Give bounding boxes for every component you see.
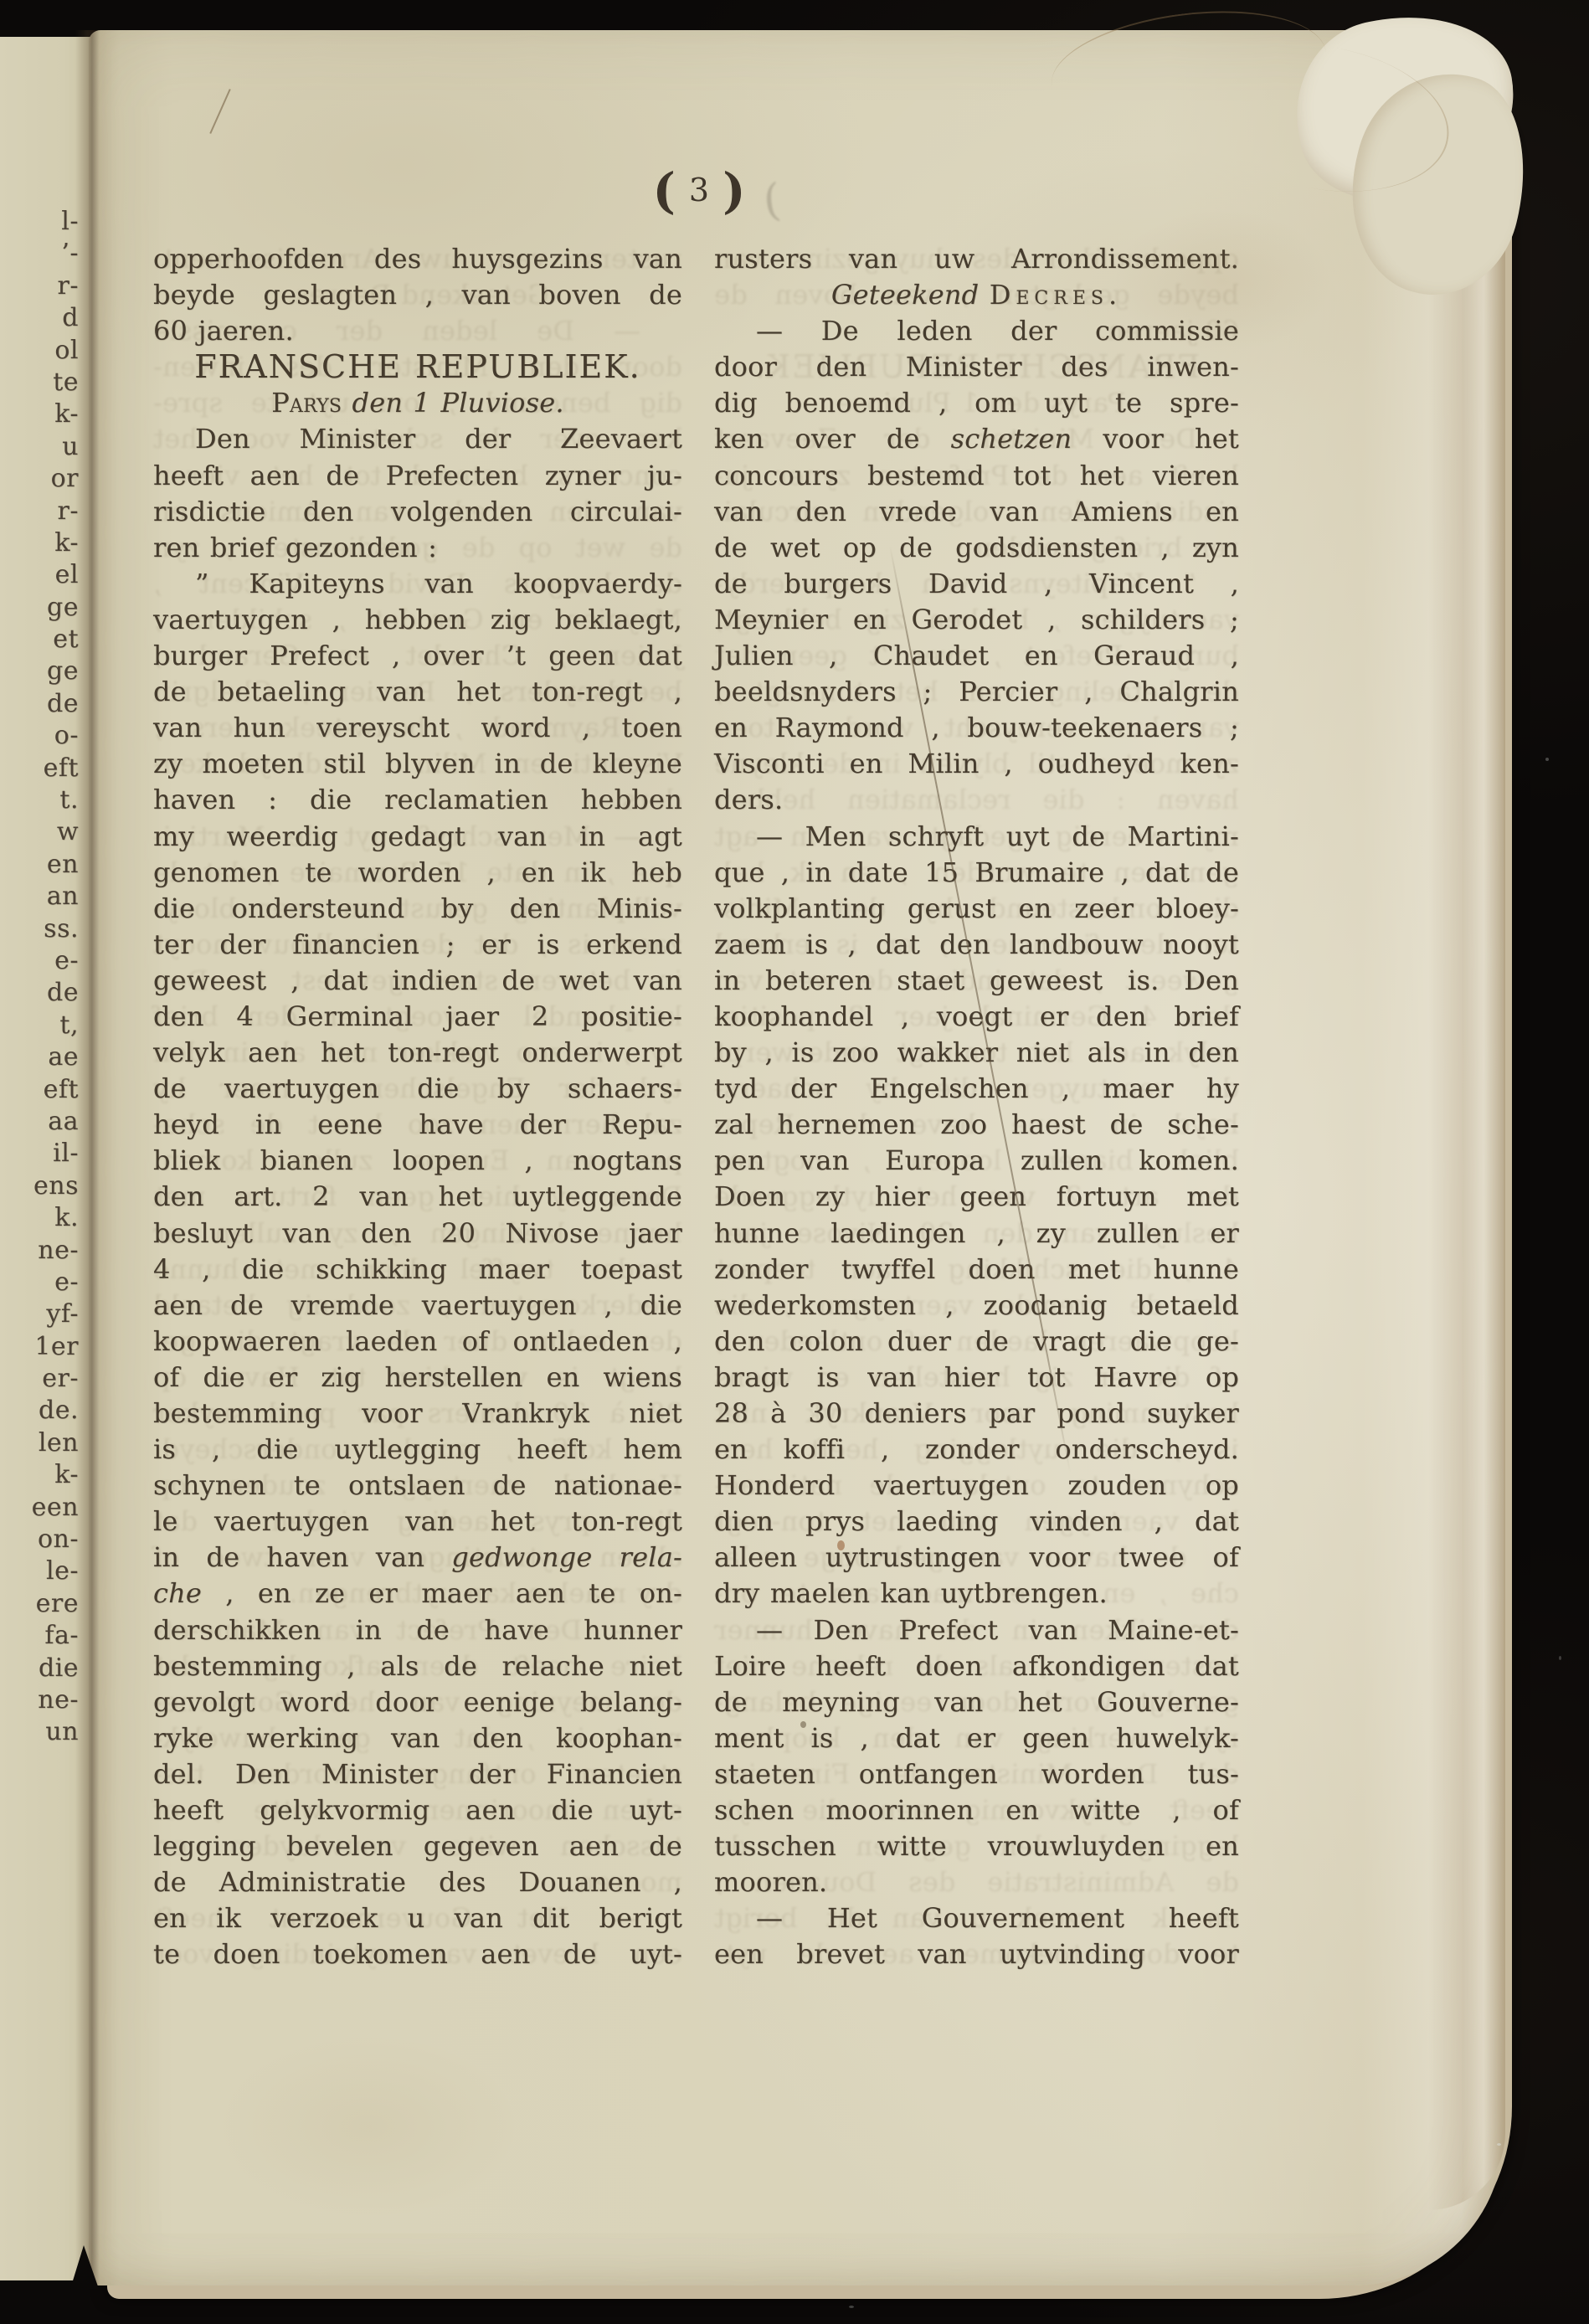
page-number-paren: ) (723, 162, 745, 219)
gutter-fragment: r- (2, 496, 79, 527)
text-line: in de haven van gedwonge rela- (153, 1540, 682, 1576)
gutter-fragment: t. (2, 784, 79, 816)
text-line: que , in date 15 Brumaire , dat de (714, 855, 1239, 891)
text-line: le vaertuygen van het ton-regt (153, 1504, 682, 1540)
text-line: — De leden der commissie (714, 313, 1239, 349)
text-run: volkplanting gerust en zeer bloey- (714, 892, 1239, 924)
gutter-fragment: e- (2, 945, 79, 977)
text-line: Meynier en Gerodet , schilders ; (714, 602, 1239, 638)
gutter-fragment: ae (2, 1041, 79, 1073)
text-line: opperhoofden des huysgezins van (153, 241, 682, 277)
text-run: haven : die reclamatien hebben (153, 784, 682, 815)
text-run: ken over de (714, 423, 951, 455)
text-run: che (153, 1577, 202, 1609)
text-run (342, 387, 352, 419)
text-run: voor het (1072, 423, 1239, 455)
gutter-fragment: t, (2, 1010, 79, 1041)
text-line: zy moeten stil blyven in de kleyne (153, 746, 682, 782)
text-line: ken over de schetzen voor het (714, 421, 1239, 457)
text-line: mooren. (714, 1864, 1239, 1900)
text-line: bliek bianen loopen , nogtans (153, 1143, 682, 1179)
text-run: le vaertuygen van het ton-regt (153, 1505, 682, 1537)
text-line: de burgers David , Vincent , (714, 566, 1239, 602)
text-run: den art. 2 van het uytleggende (153, 1180, 682, 1212)
text-run: dien prys laeding vinden , dat (714, 1505, 1239, 1537)
text-run: en ik verzoek u van dit berigt (153, 1902, 682, 1934)
text-run: zaem is , dat den landbouw nooyt (714, 928, 1239, 960)
gutter-fragment: k. (2, 1202, 79, 1234)
text-run: by , is zoo wakker niet als in den (714, 1036, 1239, 1068)
text-run: ryke werking van den koophan- (153, 1722, 682, 1754)
text-line: die ondersteund by den Minis- (153, 891, 682, 927)
gutter-fragment: fa- (2, 1620, 79, 1652)
text-run: en koffi , zonder onderscheyd. (714, 1433, 1239, 1465)
text-line: heyd in eene have der Repu- (153, 1107, 682, 1143)
text-line: dig benoemd , om uyt te spre- (714, 385, 1239, 421)
text-run: 4 , die schikking maer toepast (153, 1253, 682, 1285)
text-line: geweest , dat indien de wet van (153, 963, 682, 999)
text-run: de betaeling van het ton-regt , (153, 676, 682, 707)
text-run: Decres. (990, 279, 1122, 311)
text-run: koopwaeren laeden of ontlaeden , (153, 1325, 682, 1357)
text-run: is , die uytlegging heeft hem (153, 1433, 682, 1465)
gutter-fragment: een (2, 1492, 79, 1524)
gutter-fragment: u (2, 431, 79, 463)
text-line: haven : die reclamatien hebben (153, 782, 682, 818)
text-line: che , en ze er maer aen te on- (153, 1576, 682, 1612)
gutter-fragment: ol (2, 335, 79, 367)
signature-line: Geteekend Decres. (714, 277, 1239, 313)
text-line: zal hernemen zoo haest de sche- (714, 1107, 1239, 1143)
text-run: zal hernemen zoo haest de sche- (714, 1108, 1239, 1140)
text-line: schen moorinnen en witte , of (714, 1792, 1239, 1828)
text-run: en Raymond , bouw-teekenaers ; (714, 712, 1239, 743)
text-run: beeldsnyders ; Percier , Chalgrin (714, 676, 1239, 707)
text-run: legging bevelen gegeven aen de (153, 1830, 682, 1862)
text-line: beeldsnyders ; Percier , Chalgrin (714, 674, 1239, 710)
text-run: concours bestemd tot het vieren (714, 460, 1239, 491)
text-run: tyd der Engelschen , maer hy (714, 1072, 1239, 1104)
text-run: wederkomsten , zoodanig betaeld (714, 1289, 1239, 1321)
gutter-fragment: le- (2, 1555, 79, 1587)
column-left: opperhoofden des huysgezins vanbeyde ges… (153, 241, 682, 1973)
gutter-fragment: len (2, 1427, 79, 1459)
gutter-fragment: k- (2, 1459, 79, 1491)
text-line: ren brief gezonden : (153, 530, 682, 566)
text-run: zy moeten stil blyven in de kleyne (153, 748, 682, 779)
section-heading: FRANSCHE REPUBLIEK. (153, 349, 682, 385)
text-run: velyk aen het ton-regt onderwerpt (153, 1036, 682, 1068)
text-line: de meyning van het Gouverne- (714, 1684, 1239, 1720)
gutter-fragment: yf- (2, 1298, 79, 1330)
text-line: bestemming , als de relache niet (153, 1648, 682, 1684)
text-run: heeft aen de Prefecten zyner ju- (153, 460, 682, 491)
gutter-fragment: d (2, 302, 79, 334)
text-line: ment is , dat er geen huwelyk- (714, 1720, 1239, 1756)
text-line: dien prys laeding vinden , dat (714, 1504, 1239, 1540)
text-line: en Raymond , bouw-teekenaers ; (714, 710, 1239, 746)
text-line: rusters van uw Arrondissement. (714, 241, 1239, 277)
text-run: staeten ontfangen worden tus- (714, 1758, 1239, 1790)
text-line: del. Den Minister der Financien (153, 1756, 682, 1792)
text-line: de betaeling van het ton-regt , (153, 674, 682, 710)
text-run: een brevet van uytvinding voor (714, 1938, 1239, 1970)
text-line: zaem is , dat den landbouw nooyt (714, 927, 1239, 963)
gutter-fragment: ens (2, 1170, 79, 1202)
text-line: by , is zoo wakker niet als in den (714, 1035, 1239, 1071)
text-run: genomen te worden , en ik heb (153, 856, 682, 888)
text-line: ryke werking van den koophan- (153, 1720, 682, 1756)
text-line: — Men schryft uyt de Martini- (714, 819, 1239, 855)
gutter-fragment: k- (2, 527, 79, 559)
text-line: genomen te worden , en ik heb (153, 855, 682, 891)
gutter-fragment: eft (2, 753, 79, 784)
gutter-fragment: te (2, 367, 79, 398)
text-run: Loire heeft doen afkondigen dat (714, 1650, 1239, 1682)
text-line: zonder twyffel doen met hunne (714, 1252, 1239, 1288)
text-line: de wet op de godsdiensten , zyn (714, 530, 1239, 566)
text-run: — Het Gouvernement heeft (756, 1902, 1239, 1934)
text-line: alleen uytrustingen voor twee of (714, 1540, 1239, 1576)
gutter-fragment: ’- (2, 238, 79, 270)
text-line: aen de vremde vaertuygen , die (153, 1288, 682, 1324)
text-line: door den Minister des inwen- (714, 349, 1239, 385)
text-run: vaertuygen , hebben zig beklaegt, (153, 604, 682, 635)
text-run: aen de vremde vaertuygen , die (153, 1289, 682, 1321)
deckled-right-edge (1428, 100, 1505, 2210)
gutter-notch (70, 2245, 99, 2289)
text-run: Parys (271, 387, 342, 419)
text-run: bestemming voor Vrankryk niet (153, 1397, 682, 1429)
text-line: de vaertuygen die by schaers- (153, 1071, 682, 1107)
text-run: Meynier en Gerodet , schilders ; (714, 604, 1239, 635)
text-run: pen van Europa zullen komen. (714, 1144, 1239, 1176)
text-run: Geteekend (831, 279, 990, 311)
text-line: schynen te ontslaen de nationae- (153, 1468, 682, 1504)
text-line: burger Prefect , over ’t geen dat (153, 638, 682, 674)
text-line: van den vrede van Amiens en (714, 494, 1239, 530)
text-run: zonder twyffel doen met hunne (714, 1253, 1239, 1285)
text-line: wederkomsten , zoodanig betaeld (714, 1288, 1239, 1324)
text-line: staeten ontfangen worden tus- (714, 1756, 1239, 1792)
text-run: van hun vereyscht word , toen (153, 712, 682, 743)
text-run: de meyning van het Gouverne- (714, 1686, 1239, 1718)
gutter-fragment: de. (2, 1395, 79, 1427)
text-run: heeft gelykvormig aen die uyt- (153, 1794, 682, 1826)
gutter-fragment: r- (2, 270, 79, 302)
text-run: rusters van uw Arrondissement. (714, 243, 1239, 275)
text-run: hunne laedingen , zy zullen er (714, 1217, 1239, 1249)
text-run: ” Kapiteyns van koopvaerdy- (195, 568, 682, 599)
text-run: ter der financien ; er is erkend (153, 928, 682, 960)
page-number-digit: 3 (676, 172, 723, 208)
text-line: gevolgt word door eenige belang- (153, 1684, 682, 1720)
text-run: heyd in eene have der Repu- (153, 1108, 682, 1140)
text-line: tyd der Engelschen , maer hy (714, 1071, 1239, 1107)
dust-speck (1559, 1656, 1561, 1660)
gutter-fragment: k- (2, 398, 79, 430)
text-line: derschikken in de have hunner (153, 1612, 682, 1648)
gutter-text-fragments: l-’-r-doltek-uorr-k-elgeetgedeo-eftt.wen… (2, 206, 79, 1749)
text-run: que , in date 15 Brumaire , dat de (714, 856, 1239, 888)
text-line: ders. (714, 782, 1239, 818)
gutter-fragment: aa (2, 1106, 79, 1138)
scan-background: l-’-r-doltek-uorr-k-elgeetgedeo-eftt.wen… (0, 0, 1589, 2324)
text-run: tusschen witte vrouwluyden en (714, 1830, 1239, 1862)
text-line: te doen toekomen aen de uyt- (153, 1936, 682, 1972)
gutter-fragment: an (2, 881, 79, 913)
text-line: besluyt van den 20 Nivose jaer (153, 1216, 682, 1252)
gutter-fragment: o- (2, 720, 79, 752)
text-line: 28 à 30 deniers par pond suyker (714, 1396, 1239, 1432)
text-line: 60 jaeren. (153, 313, 682, 349)
text-line: een brevet van uytvinding voor (714, 1936, 1239, 1972)
gutter-fragment: il- (2, 1138, 79, 1170)
text-run: van den vrede van Amiens en (714, 496, 1239, 527)
gutter-fragment: de (2, 977, 79, 1009)
text-run: 28 à 30 deniers par pond suyker (714, 1397, 1239, 1429)
text-run: gedwonge rela- (451, 1541, 682, 1573)
text-line: bragt is van hier tot Havre op (714, 1360, 1239, 1396)
text-run: Honderd vaertuygen zouden op (714, 1469, 1239, 1501)
dust-speck (1497, 2143, 1501, 2146)
text-run: Visconti en Milin , oudheyd ken- (714, 748, 1239, 779)
text-run: schynen te ontslaen de nationae- (153, 1469, 682, 1501)
text-line: hunne laedingen , zy zullen er (714, 1216, 1239, 1252)
text-run: de burgers David , Vincent , (714, 568, 1239, 599)
gutter-fragment: on- (2, 1524, 79, 1555)
text-run: geweest , dat indien de wet van (153, 964, 682, 996)
text-run: Julien , Chaudet en Geraud , (714, 640, 1239, 671)
text-run: de wet op de godsdiensten , zyn (714, 532, 1239, 563)
text-run: besluyt van den 20 Nivose jaer (153, 1217, 682, 1249)
text-run: door den Minister des inwen- (714, 351, 1239, 383)
text-line: 4 , die schikking maer toepast (153, 1252, 682, 1288)
text-line: heeft aen de Prefecten zyner ju- (153, 458, 682, 494)
text-line: Den Minister der Zeevaert (153, 421, 682, 457)
text-run: de vaertuygen die by schaers- (153, 1072, 682, 1104)
text-run: beyde geslagten , van boven de (153, 279, 682, 311)
text-line: — Het Gouvernement heeft (714, 1900, 1239, 1936)
text-line: is , die uytlegging heeft hem (153, 1432, 682, 1468)
text-run: den colon duer de vragt die ge- (714, 1325, 1239, 1357)
text-run: den 4 Germinal jaer 2 positie- (153, 1000, 682, 1032)
text-line: en ik verzoek u van dit berigt (153, 1900, 682, 1936)
text-run: mooren. (714, 1866, 827, 1898)
text-line: dry maelen kan uytbrengen. (714, 1576, 1239, 1612)
text-run: in de haven van (153, 1541, 451, 1573)
text-run: of die er zig herstellen en wiens (153, 1361, 682, 1393)
text-run: schetzen (951, 423, 1072, 455)
text-line: de Administratie des Douanen , (153, 1864, 682, 1900)
text-run: die ondersteund by den Minis- (153, 892, 682, 924)
text-line: Honderd vaertuygen zouden op (714, 1468, 1239, 1504)
gutter-fragment: de (2, 688, 79, 720)
text-line: heeft gelykvormig aen die uyt- (153, 1792, 682, 1828)
text-line: den colon duer de vragt die ge- (714, 1324, 1239, 1360)
text-line: koopwaeren laeden of ontlaeden , (153, 1324, 682, 1360)
text-run: 60 jaeren. (153, 315, 294, 347)
text-line: legging bevelen gegeven aen de (153, 1828, 682, 1864)
gutter-fragment: un (2, 1716, 79, 1748)
text-line: volkplanting gerust en zeer bloey- (714, 891, 1239, 927)
text-line: beyde geslagten , van boven de (153, 277, 682, 313)
text-line: bestemming voor Vrankryk niet (153, 1396, 682, 1432)
text-run: bestemming , als de relache niet (153, 1650, 682, 1682)
gutter-fragment: 1er (2, 1331, 79, 1363)
text-line: concours bestemd tot het vieren (714, 458, 1239, 494)
text-run: FRANSCHE REPUBLIEK. (194, 348, 640, 385)
text-line: ter der financien ; er is erkend (153, 927, 682, 963)
text-run: opperhoofden des huysgezins van (153, 243, 682, 275)
gutter-fragment: or (2, 463, 79, 495)
dust-speck (849, 2306, 854, 2308)
gutter-fragment: et (2, 624, 79, 656)
gutter-fragment: ne- (2, 1684, 79, 1716)
text-run: bragt is van hier tot Havre op (714, 1361, 1239, 1393)
text-run: derschikken in de have hunner (153, 1614, 682, 1646)
text-run: — Men schryft uyt de Martini- (756, 820, 1239, 852)
text-line: tusschen witte vrouwluyden en (714, 1828, 1239, 1864)
text-line: ” Kapiteyns van koopvaerdy- (153, 566, 682, 602)
gutter-fragment: er- (2, 1363, 79, 1395)
gutter-fragment: ss. (2, 913, 79, 945)
text-run: risdictie den volgenden circulai- (153, 496, 682, 527)
text-line: pen van Europa zullen komen. (714, 1143, 1239, 1179)
text-line: den 4 Germinal jaer 2 positie- (153, 999, 682, 1035)
text-run: burger Prefect , over ’t geen dat (153, 640, 682, 671)
text-line: risdictie den volgenden circulai- (153, 494, 682, 530)
gutter-fragment: e- (2, 1267, 79, 1298)
text-line: of die er zig herstellen en wiens (153, 1360, 682, 1396)
text-run: ders. (714, 784, 783, 815)
text-line: van hun vereyscht word , toen (153, 710, 682, 746)
text-run: ment is , dat er geen huwelyk- (714, 1722, 1239, 1754)
text-line: velyk aen het ton-regt onderwerpt (153, 1035, 682, 1071)
text-run: koophandel , voegt er den brief (714, 1000, 1239, 1032)
text-line: — Den Prefect van Maine-et- (714, 1612, 1239, 1648)
text-run: te doen toekomen aen de uyt- (153, 1938, 682, 1970)
text-run: dig benoemd , om uyt te spre- (714, 387, 1239, 419)
text-line: koophandel , voegt er den brief (714, 999, 1239, 1035)
text-run: bliek bianen loopen , nogtans (153, 1144, 682, 1176)
dust-speck (1545, 758, 1549, 761)
gutter-fragment: ere (2, 1588, 79, 1620)
text-line: den art. 2 van het uytleggende (153, 1179, 682, 1215)
text-run: gevolgt word door eenige belang- (153, 1686, 682, 1718)
text-run: schen moorinnen en witte , of (714, 1794, 1239, 1826)
text-line: my weerdig gedagt van in agt (153, 819, 682, 855)
text-run: del. Den Minister der Financien (153, 1758, 682, 1790)
text-run: Doen zy hier geen fortuyn met (714, 1180, 1239, 1212)
gutter-fragment: ne- (2, 1235, 79, 1267)
text-line: Doen zy hier geen fortuyn met (714, 1179, 1239, 1215)
text-run: , en ze er maer aen te on- (202, 1577, 682, 1609)
gutter-fragment: ge (2, 592, 79, 624)
text-line: Julien , Chaudet en Geraud , (714, 638, 1239, 674)
gutter-fragment: eft (2, 1074, 79, 1106)
text-run: de Administratie des Douanen , (153, 1866, 682, 1898)
gutter-fragment: en (2, 849, 79, 881)
text-line: en koffi , zonder onderscheyd. (714, 1432, 1239, 1468)
text-run: — Den Prefect van Maine-et- (756, 1614, 1239, 1646)
text-run: my weerdig gedagt van in agt (153, 820, 682, 852)
dateline: Parys den 1 Pluviose. (153, 385, 682, 421)
gutter-crease (75, 30, 119, 2285)
page-number: (3) (636, 166, 762, 216)
gutter-fragment: ge (2, 656, 79, 687)
text-line: vaertuygen , hebben zig beklaegt, (153, 602, 682, 638)
page-number-paren: ( (652, 162, 675, 219)
text-line: Loire heeft doen afkondigen dat (714, 1648, 1239, 1684)
text-line: Visconti en Milin , oudheyd ken- (714, 746, 1239, 782)
text-run: alleen uytrustingen voor twee of (714, 1541, 1239, 1573)
text-run: — De leden der commissie (756, 315, 1239, 347)
column-right: rusters van uw Arrondissement.Geteekend … (714, 241, 1239, 1973)
gutter-fragment: die (2, 1653, 79, 1684)
gutter-fragment: w (2, 816, 79, 848)
text-run: den 1 Pluviose. (352, 387, 564, 419)
text-run: dry maelen kan uytbrengen. (714, 1577, 1108, 1609)
gutter-fragment: l- (2, 206, 79, 238)
text-run: Den Minister der Zeevaert (195, 423, 682, 455)
gutter-fragment: el (2, 559, 79, 591)
text-run: ren brief gezonden : (153, 532, 437, 563)
